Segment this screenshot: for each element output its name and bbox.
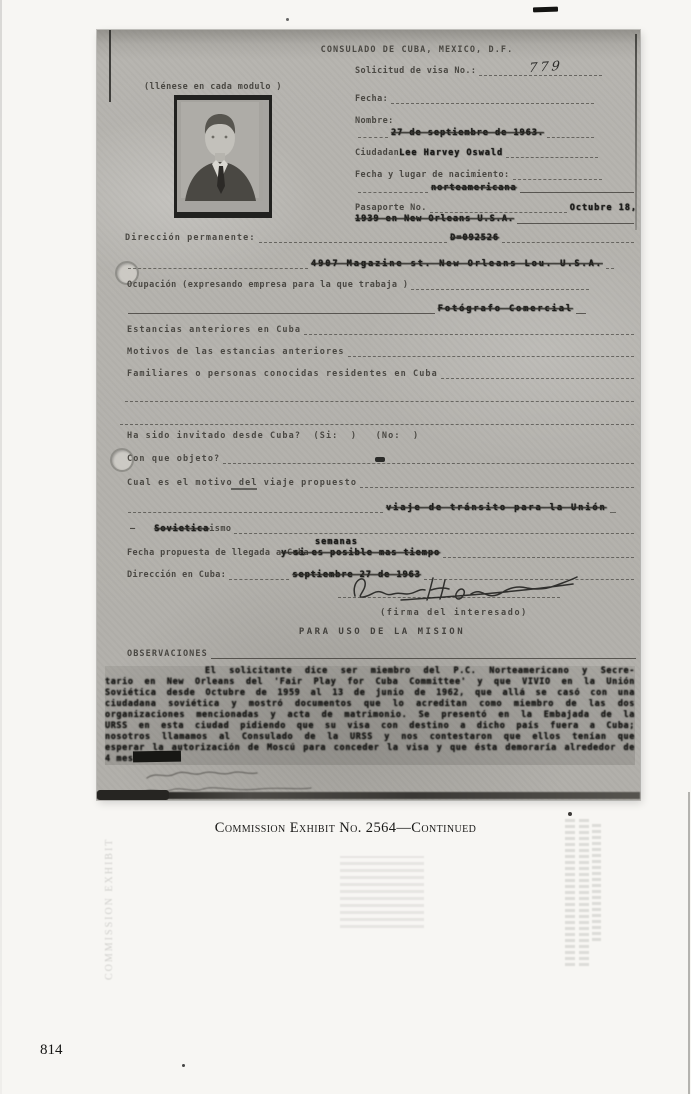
photo-caption: (llénese en cada modulo ) bbox=[144, 82, 282, 92]
field-occupation: Ocupación (expresando empresa para la qu… bbox=[127, 277, 592, 290]
scanned-visa-form: CONSULADO DE CUBA, MEXICO, D.F. (llénese… bbox=[97, 30, 640, 800]
blank-line bbox=[125, 391, 634, 402]
invited-label: Ha sido invitado desde Cuba? (Si: ) (No:… bbox=[127, 431, 419, 441]
blank-line bbox=[411, 279, 589, 290]
blank-line bbox=[443, 547, 634, 558]
blank-line bbox=[128, 303, 435, 314]
visa-number-label: Solicitud de visa No.: bbox=[355, 66, 476, 76]
relatives-label: Familiares o personas conocidas resident… bbox=[127, 369, 438, 379]
observations-label: OBSERVACIONES bbox=[127, 649, 208, 659]
blank-line bbox=[304, 324, 634, 335]
signature-caption: (firma del interesado) bbox=[349, 605, 559, 618]
blank-line bbox=[348, 346, 634, 357]
consulate-header: CONSULADO DE CUBA, MEXICO, D.F. bbox=[247, 42, 587, 55]
signature-caption-text: (firma del interesado) bbox=[380, 608, 528, 618]
field-purpose: Con que objeto? bbox=[127, 451, 637, 464]
field-previous-stays: Estancias anteriores en Cuba bbox=[127, 322, 637, 335]
cuba-address-label: Dirección en Cuba: bbox=[127, 570, 226, 580]
birthplace-typed-value: 1939 en New Orleans U.S.A. bbox=[355, 214, 514, 224]
typed-nationality-entry: norteamericana bbox=[355, 180, 637, 193]
observations-line: esperar la autorización de Moscú para co… bbox=[105, 743, 635, 754]
scan-edge-line bbox=[109, 30, 111, 102]
field-visa-number: Solicitud de visa No.: 779 bbox=[355, 63, 605, 76]
typed-transit-entry: viaje de tránsito para la Unión bbox=[125, 500, 637, 513]
field-arrival-date: Fecha propuesta de llegada a Cuba y si e… bbox=[127, 545, 637, 558]
typed-soviet-entry: — Sovietica ismo bbox=[130, 521, 637, 534]
field-trip-motive: Cual es el motivo del viaje propuesto bbox=[127, 475, 637, 488]
blank-line bbox=[120, 414, 634, 425]
page-left-edge bbox=[0, 0, 2, 1094]
bleed-through-column bbox=[579, 818, 589, 966]
consulate-header-text: CONSULADO DE CUBA, MEXICO, D.F. bbox=[321, 45, 514, 55]
blank-line bbox=[234, 523, 634, 534]
blank-line bbox=[513, 169, 603, 180]
field-invited: Ha sido invitado desde Cuba? (Si: ) (No:… bbox=[127, 428, 457, 441]
applicant-signature bbox=[341, 570, 581, 608]
page-number: 814 bbox=[40, 1042, 63, 1059]
observations-line: nosotros llamamos al Consulado de la URS… bbox=[105, 732, 635, 743]
stay-reasons-label: Motivos de las estancias anteriores bbox=[127, 347, 345, 357]
typed-occupation-entry: Fotógrafo Comercial bbox=[125, 301, 589, 314]
typed-address-entry: 4907 Magazine st. New Orleans Lou. U.S.A… bbox=[125, 256, 637, 269]
observations-line: 4 meses. bbox=[105, 754, 635, 765]
speck bbox=[286, 18, 289, 21]
bleed-through-column bbox=[340, 856, 424, 928]
purpose-label: Con que objeto? bbox=[127, 454, 220, 464]
speck bbox=[568, 812, 572, 816]
field-observations: OBSERVACIONES bbox=[127, 646, 639, 659]
typed-date-entry: 27 de septiembre de 1963. bbox=[355, 125, 597, 138]
previous-stays-label: Estancias anteriores en Cuba bbox=[127, 325, 301, 335]
soviet-typed-value: Sovietica bbox=[154, 524, 209, 534]
observations-line: El solicitante dice ser miembro del P.C.… bbox=[105, 666, 635, 677]
blank-line bbox=[610, 502, 616, 513]
typed-date-value: 27 de septiembre de 1963. bbox=[391, 128, 544, 138]
blank-line bbox=[517, 213, 634, 224]
blank-line bbox=[128, 258, 308, 269]
blank-line bbox=[358, 127, 388, 138]
blank-line bbox=[502, 232, 634, 243]
bleed-through-text: COMMISSION EXHIBIT bbox=[104, 805, 122, 980]
passport-number-typed: D=092526 bbox=[450, 233, 499, 243]
blank-line bbox=[576, 303, 586, 314]
date-label: Fecha: bbox=[355, 94, 388, 104]
blank-line bbox=[441, 368, 634, 379]
field-permanent-address: Dirección permanente: D=092526 bbox=[125, 230, 637, 243]
applicant-photo bbox=[174, 95, 272, 218]
blank-line bbox=[223, 453, 634, 464]
occupation-typed-value: Fotógrafo Comercial bbox=[438, 304, 573, 314]
field-date: Fecha: bbox=[355, 91, 597, 104]
handwritten-note bbox=[139, 766, 349, 806]
blank-continuation-line bbox=[117, 412, 637, 425]
blank-line bbox=[520, 182, 634, 193]
ink-block-mark bbox=[133, 751, 181, 763]
observations-paragraph: El solicitante dice ser miembro del P.C.… bbox=[105, 666, 635, 765]
observations-line: tario en New Orleans del 'Fair Play for … bbox=[105, 677, 635, 688]
arrival-typed-above: semanas bbox=[315, 537, 358, 547]
portrait-illustration bbox=[177, 100, 263, 201]
typed-birthplace-entry: 1939 en New Orleans U.S.A. bbox=[355, 211, 637, 224]
field-relatives: Familiares o personas conocidas resident… bbox=[127, 366, 637, 379]
observations-line: organizaciones mencionadas y acta de mat… bbox=[105, 710, 635, 721]
mission-section-header: PARA USO DE LA MISION bbox=[157, 624, 607, 637]
transit-typed-value: viaje de tránsito para la Unión bbox=[386, 503, 607, 513]
occupation-label: Ocupación (expresando empresa para la qu… bbox=[127, 280, 408, 290]
birth-label: Fecha y lugar de nacimiento: bbox=[355, 170, 510, 180]
field-stay-reasons: Motivos de las estancias anteriores bbox=[127, 344, 637, 357]
speck bbox=[182, 1064, 185, 1067]
observations-line: URSS en esta ciudad pidiendo que su visa… bbox=[105, 721, 635, 732]
scan-fold-shadow bbox=[97, 792, 640, 799]
blank-line bbox=[128, 502, 383, 513]
bleed-through-column bbox=[592, 823, 601, 941]
blank-line bbox=[358, 182, 428, 193]
dash-mark: — bbox=[130, 524, 136, 534]
permanent-address-label: Dirección permanente: bbox=[125, 233, 256, 243]
observations-line: Soviética desde Octubre de 1959 al 13 de… bbox=[105, 688, 635, 699]
citizen-typed-value: Lee Harvey Oswald bbox=[399, 148, 503, 158]
bleed-through-column bbox=[565, 818, 575, 966]
scan-fold-shadow-end bbox=[97, 790, 169, 800]
blank-line bbox=[547, 127, 594, 138]
citizen-label: Ciudadan bbox=[355, 148, 399, 158]
page-right-edge bbox=[688, 792, 690, 1094]
field-citizen: Ciudadan Lee Harvey Oswald bbox=[355, 145, 601, 158]
blank-line bbox=[506, 147, 598, 158]
top-ink-mark bbox=[533, 7, 558, 13]
mission-header-text: PARA USO DE LA MISION bbox=[299, 627, 465, 637]
handwritten-underline bbox=[231, 488, 257, 490]
visa-number-handwritten: 779 bbox=[529, 59, 564, 76]
trip-motive-label: Cual es el motivo del viaje propuesto bbox=[127, 478, 357, 488]
blank-line bbox=[229, 569, 289, 580]
printed-suffix: ismo bbox=[209, 524, 231, 534]
blank-line bbox=[391, 93, 594, 104]
observations-line: ciudadana soviética y mostró documentos … bbox=[105, 699, 635, 710]
blank-line bbox=[606, 258, 614, 269]
blank-line bbox=[360, 477, 634, 488]
arrival-typed-value: y si es posible mas tiempo bbox=[281, 548, 440, 558]
address-typed-value: 4907 Magazine st. New Orleans Lou. U.S.A… bbox=[311, 259, 603, 269]
field-birth: Fecha y lugar de nacimiento: bbox=[355, 167, 605, 180]
blank-line bbox=[211, 648, 636, 659]
ink-blot bbox=[375, 457, 385, 462]
blank-continuation-line bbox=[122, 389, 637, 402]
nationality-typed-value: norteamericana bbox=[431, 183, 517, 193]
blank-line bbox=[259, 232, 448, 243]
